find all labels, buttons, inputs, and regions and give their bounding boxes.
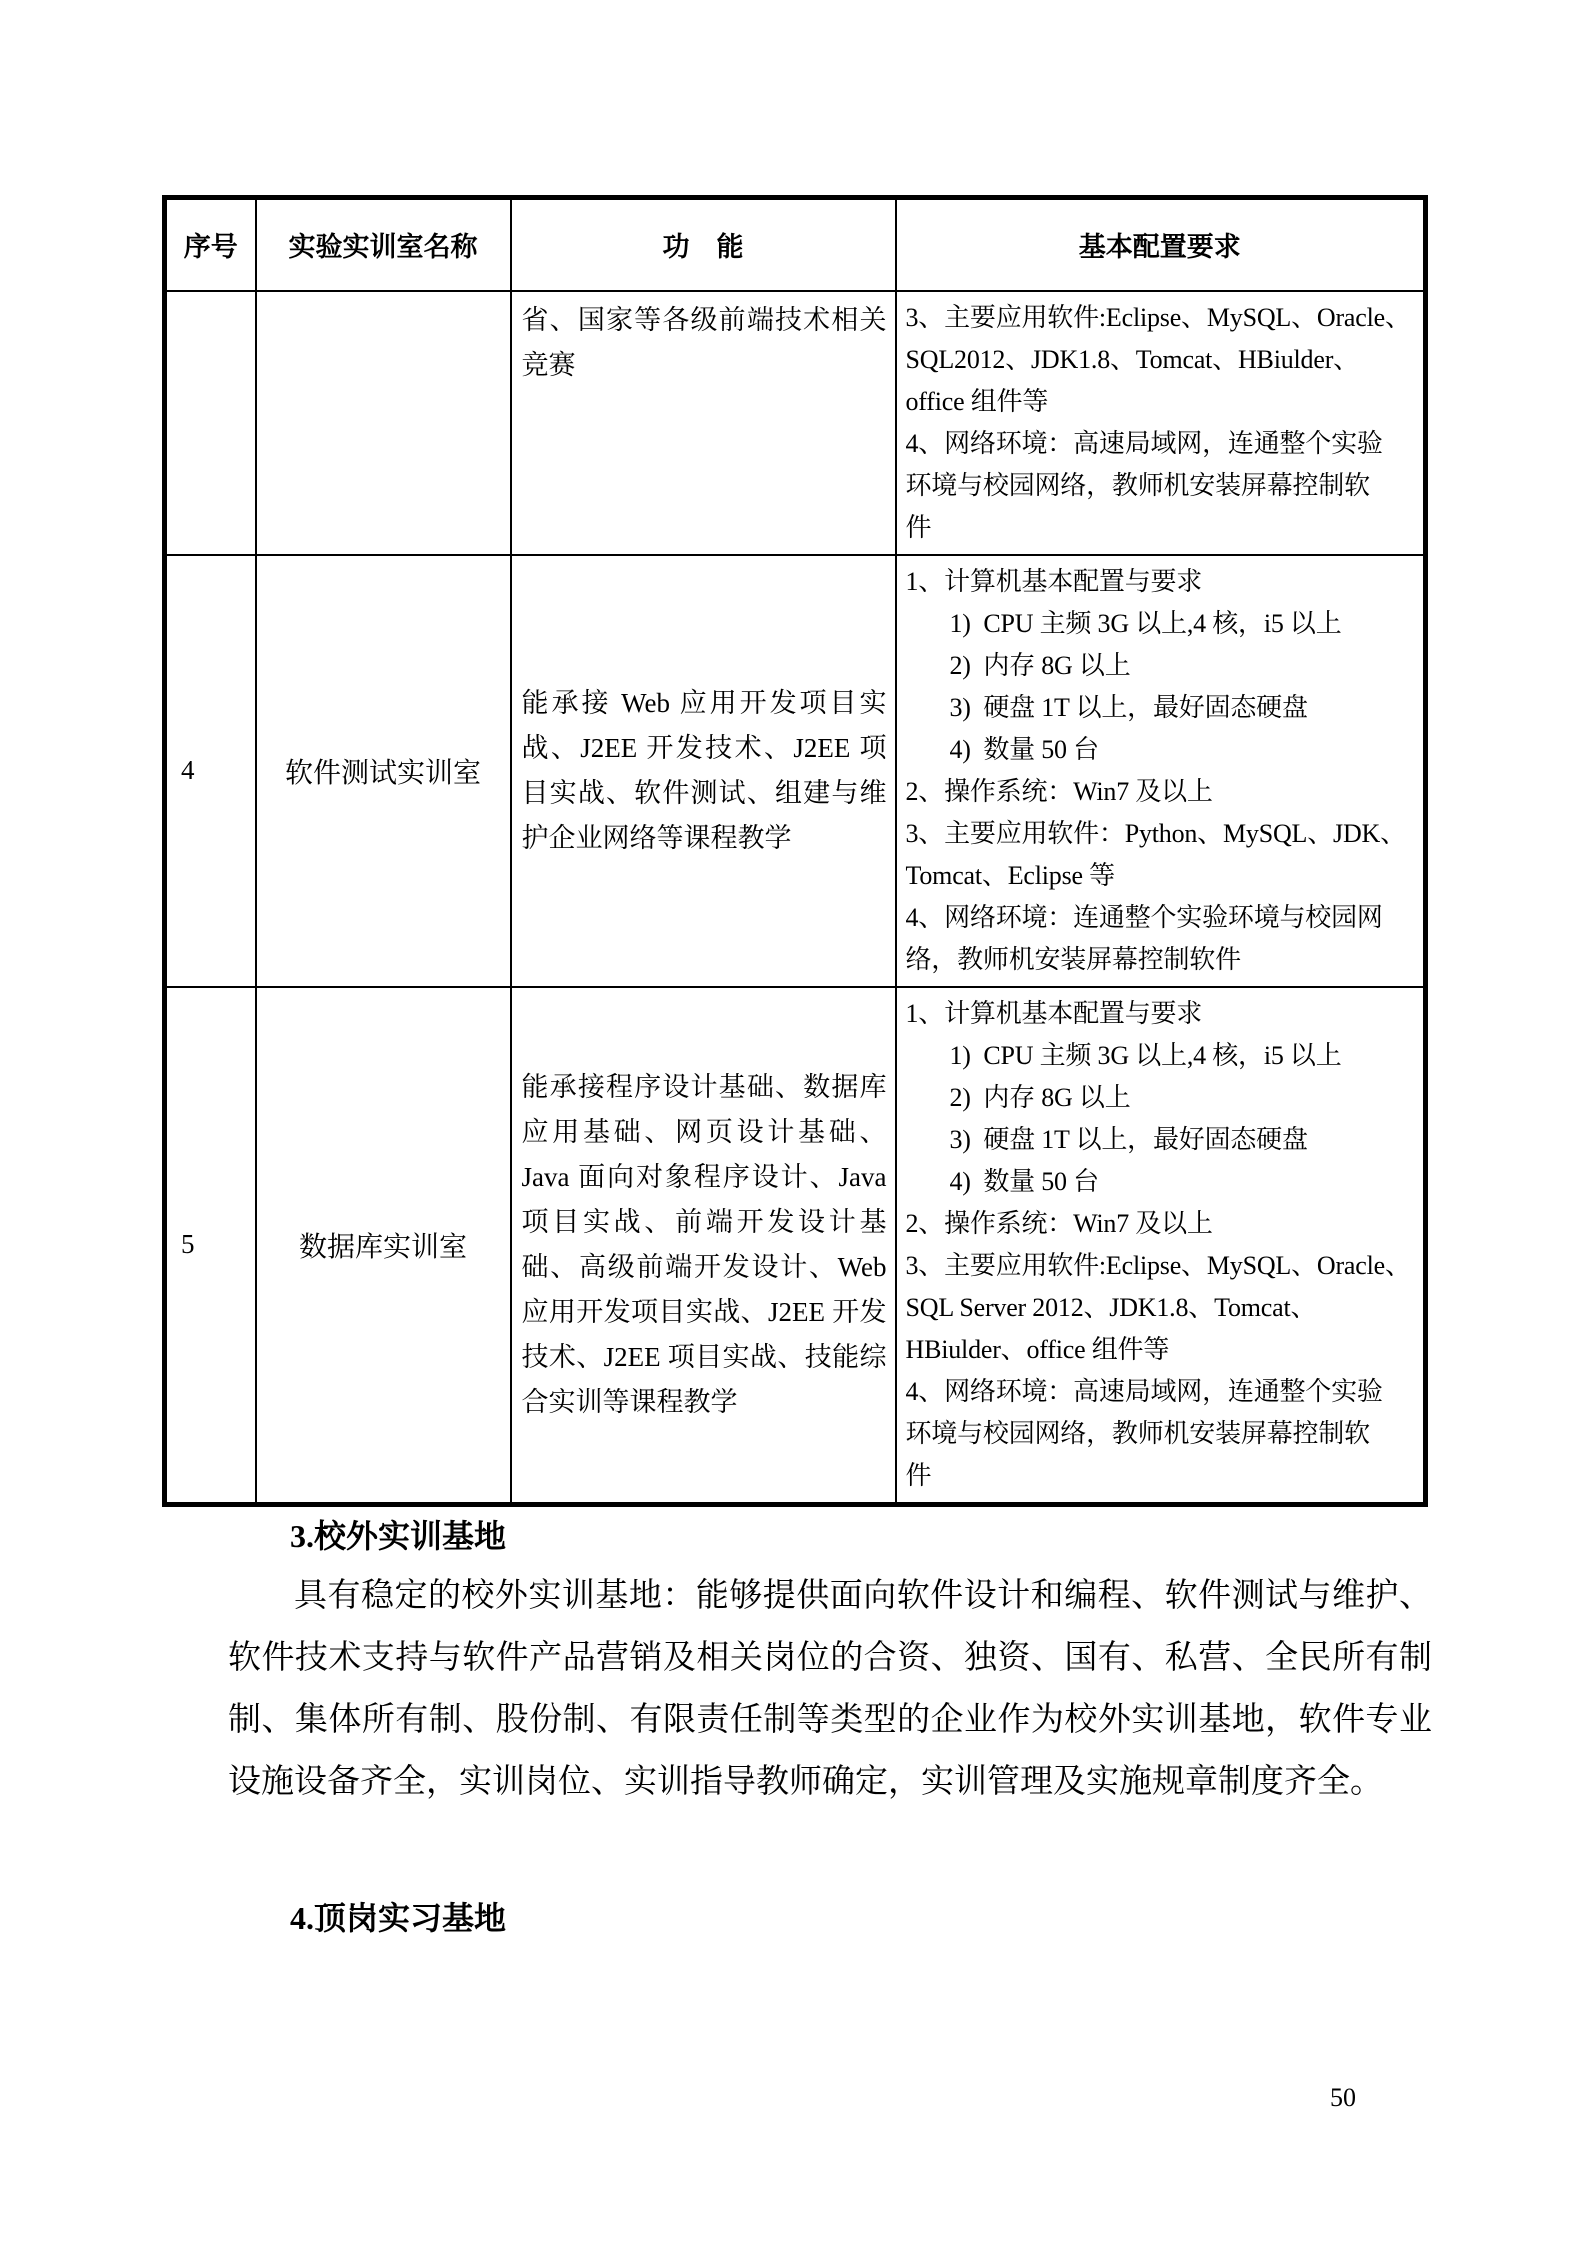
cell-seq: 4 [165,555,256,987]
config-line: 件 [906,1455,1418,1497]
config-line: 3、主要应用软件:Eclipse、MySQL、Oracle、 [906,297,1418,339]
config-line: office 组件等 [906,381,1418,423]
header-room-name: 实验实训室名称 [256,198,511,291]
cell-function: 省、国家等各级前端技术相关竞赛 [511,291,896,555]
page-number: 50 [1330,2083,1356,2113]
cell-function: 能承接程序设计基础、数据库应用基础、网页设计基础、Java 面向对象程序设计、J… [511,987,896,1505]
header-function: 功 能 [511,198,896,291]
offcampus-base-paragraph: 具有稳定的校外实训基地：能够提供面向软件设计和编程、软件测试与维护、软件技术支持… [228,1565,1432,1813]
cell-config: 1、计算机基本配置与要求1) CPU 主频 3G 以上,4 核，i5 以上2) … [896,987,1426,1505]
config-line: 1、计算机基本配置与要求 [906,561,1418,603]
table-header-row: 序号 实验实训室名称 功 能 基本配置要求 [165,198,1426,291]
config-line: 2、操作系统：Win7 及以上 [906,1203,1418,1245]
config-line: 4、网络环境：高速局域网，连通整个实验 [906,423,1418,465]
table-row: 省、国家等各级前端技术相关竞赛3、主要应用软件:Eclipse、MySQL、Or… [165,291,1426,555]
config-line: SQL Server 2012、JDK1.8、Tomcat、 [906,1287,1418,1329]
config-line: 1) CPU 主频 3G 以上,4 核，i5 以上 [906,603,1418,645]
section-heading-offcampus-base: 3.校外实训基地 [290,1516,506,1556]
config-line: 1、计算机基本配置与要求 [906,993,1418,1035]
cell-config: 1、计算机基本配置与要求1) CPU 主频 3G 以上,4 核，i5 以上2) … [896,555,1426,987]
config-line: 络，教师机安装屏幕控制软件 [906,939,1418,981]
config-line: 2) 内存 8G 以上 [906,645,1418,687]
config-line: SQL2012、JDK1.8、Tomcat、HBiulder、 [906,339,1418,381]
cell-function: 能承接 Web 应用开发项目实战、J2EE 开发技术、J2EE 项目实战、软件测… [511,555,896,987]
config-line: 环境与校园网络，教师机安装屏幕控制软 [906,1413,1418,1455]
cell-room-name [256,291,511,555]
cell-room-name: 数据库实训室 [256,987,511,1505]
config-line: 件 [906,507,1418,549]
lab-room-config-table: 序号 实验实训室名称 功 能 基本配置要求 省、国家等各级前端技术相关竞赛3、主… [162,195,1428,1507]
document-page: 序号 实验实训室名称 功 能 基本配置要求 省、国家等各级前端技术相关竞赛3、主… [0,0,1587,2245]
cell-seq [165,291,256,555]
config-line: 4、网络环境：高速局域网，连通整个实验 [906,1371,1418,1413]
config-line: Tomcat、Eclipse 等 [906,855,1418,897]
config-line: 3、主要应用软件:Eclipse、MySQL、Oracle、 [906,1245,1418,1287]
table-row: 4软件测试实训室能承接 Web 应用开发项目实战、J2EE 开发技术、J2EE … [165,555,1426,987]
cell-config: 3、主要应用软件:Eclipse、MySQL、Oracle、SQL2012、JD… [896,291,1426,555]
header-config: 基本配置要求 [896,198,1426,291]
config-line: 3、主要应用软件：Python、MySQL、JDK、 [906,813,1418,855]
config-line: 4、网络环境：连通整个实验环境与校园网 [906,897,1418,939]
header-seq: 序号 [165,198,256,291]
config-line: 4) 数量 50 台 [906,1161,1418,1203]
cell-room-name: 软件测试实训室 [256,555,511,987]
config-line: 2) 内存 8G 以上 [906,1077,1418,1119]
cell-seq: 5 [165,987,256,1505]
config-line: 3) 硬盘 1T 以上，最好固态硬盘 [906,1119,1418,1161]
config-line: 2、操作系统：Win7 及以上 [906,771,1418,813]
config-line: 环境与校园网络，教师机安装屏幕控制软 [906,465,1418,507]
config-line: 1) CPU 主频 3G 以上,4 核，i5 以上 [906,1035,1418,1077]
config-line: 4) 数量 50 台 [906,729,1418,771]
config-line: 3) 硬盘 1T 以上，最好固态硬盘 [906,687,1418,729]
table-row: 5数据库实训室能承接程序设计基础、数据库应用基础、网页设计基础、Java 面向对… [165,987,1426,1505]
config-line: HBiulder、office 组件等 [906,1329,1418,1371]
section-heading-internship-base: 4.顶岗实习基地 [290,1898,506,1938]
